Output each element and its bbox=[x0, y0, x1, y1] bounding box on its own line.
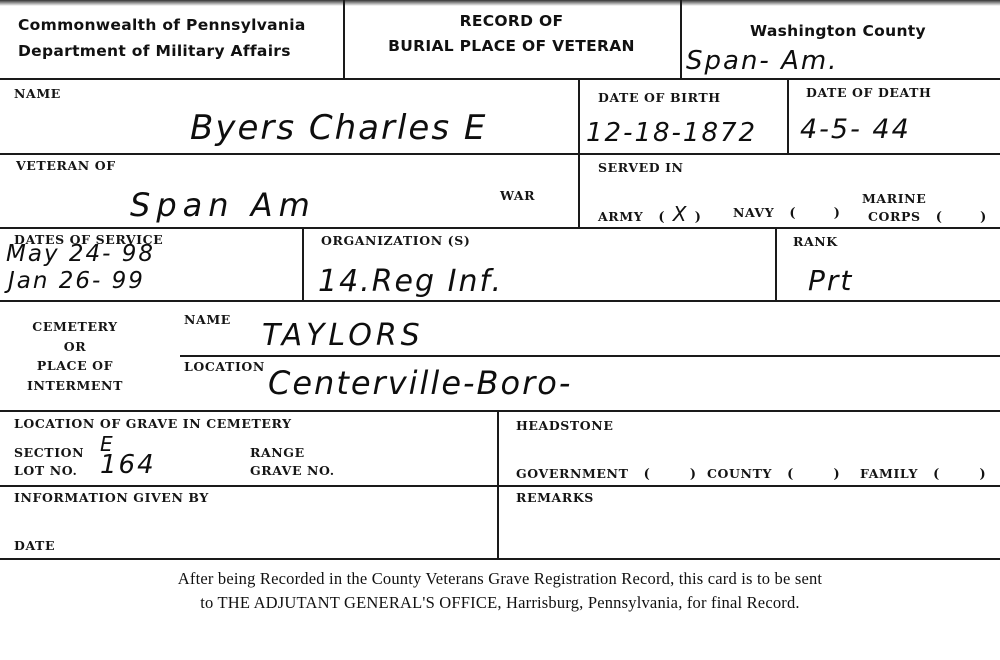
grave-number-label: GRAVE NO. bbox=[250, 463, 335, 478]
army-checkbox[interactable]: X bbox=[670, 202, 690, 226]
date-label: DATE bbox=[14, 538, 55, 553]
divider bbox=[302, 227, 304, 301]
marine-label-line-1: MARINE bbox=[862, 191, 926, 206]
organization-label: ORGANIZATION (S) bbox=[321, 233, 470, 248]
county-note[interactable]: Span- Am. bbox=[686, 46, 838, 76]
government-label: GOVERNMENT bbox=[516, 466, 628, 481]
form-title-line-1: RECORD OF bbox=[343, 12, 680, 30]
family-label: FAMILY bbox=[860, 466, 918, 481]
veteran-name-field[interactable]: Byers Charles E bbox=[190, 108, 487, 148]
cemetery-location-label: LOCATION bbox=[184, 359, 265, 374]
marine-corps-checkbox-group[interactable]: CORPS ( ) bbox=[868, 206, 986, 225]
war-label: WAR bbox=[500, 188, 535, 203]
information-given-by-label: INFORMATION GIVEN BY bbox=[14, 490, 209, 505]
navy-checkbox-group[interactable]: NAVY ( ) bbox=[733, 202, 840, 221]
divider bbox=[0, 227, 1000, 229]
army-checkbox-group[interactable]: ARMY ( X ) bbox=[598, 202, 701, 226]
footer-instruction-line-2: to THE ADJUTANT GENERAL'S OFFICE, Harris… bbox=[0, 593, 1000, 613]
marine-label-line-2: CORPS bbox=[868, 209, 921, 224]
date-field[interactable] bbox=[60, 534, 480, 554]
lot-number-label: LOT NO. bbox=[14, 463, 77, 478]
name-label: NAME bbox=[14, 86, 61, 101]
agency-line-1: Commonwealth of Pennsylvania bbox=[18, 16, 306, 34]
rank-label: RANK bbox=[793, 234, 838, 249]
divider bbox=[0, 78, 1000, 80]
lot-number-field[interactable]: 164 bbox=[100, 450, 156, 480]
divider bbox=[0, 300, 1000, 302]
county-label: COUNTY bbox=[707, 466, 772, 481]
divider bbox=[775, 227, 777, 301]
divider bbox=[180, 355, 1000, 357]
cemetery-name-field[interactable]: TAYLORS bbox=[262, 318, 424, 353]
divider bbox=[0, 485, 1000, 487]
divider bbox=[0, 410, 1000, 412]
served-in-label: SERVED IN bbox=[598, 160, 684, 175]
divider bbox=[680, 0, 682, 78]
cemetery-name-label: NAME bbox=[184, 312, 231, 327]
navy-label: NAVY bbox=[733, 205, 774, 220]
range-label: RANGE bbox=[250, 445, 305, 460]
county-checkbox-group[interactable]: COUNTY ( ) bbox=[707, 463, 840, 482]
divider bbox=[497, 410, 499, 558]
divider bbox=[0, 153, 1000, 155]
divider bbox=[0, 558, 1000, 560]
veteran-of-label: VETERAN OF bbox=[16, 158, 116, 173]
scan-top-edge bbox=[0, 0, 1000, 6]
cemetery-side-label-2: OR bbox=[0, 339, 150, 354]
service-start-field[interactable]: May 24- 98 bbox=[6, 241, 155, 267]
government-checkbox-group[interactable]: GOVERNMENT ( ) bbox=[516, 463, 696, 482]
form-title-line-2: BURIAL PLACE OF VETERAN bbox=[343, 37, 680, 55]
divider bbox=[787, 78, 789, 153]
date-of-death-label: DATE OF DEATH bbox=[806, 85, 931, 100]
date-of-birth-label: DATE OF BIRTH bbox=[598, 90, 721, 105]
county-name: Washington County bbox=[750, 22, 926, 40]
family-checkbox-group[interactable]: FAMILY ( ) bbox=[860, 463, 986, 482]
section-label: SECTION bbox=[14, 445, 84, 460]
remarks-label: REMARKS bbox=[516, 490, 594, 505]
cemetery-side-label-1: CEMETERY bbox=[0, 319, 150, 334]
date-of-birth-field[interactable]: 12-18-1872 bbox=[586, 118, 757, 148]
cemetery-side-label-4: INTERMENT bbox=[0, 378, 150, 393]
agency-line-2: Department of Military Affairs bbox=[18, 42, 291, 60]
war-field[interactable]: Span Am bbox=[130, 186, 316, 224]
cemetery-location-field[interactable]: Centerville-Boro- bbox=[268, 364, 572, 402]
grave-location-label: LOCATION OF GRAVE IN CEMETERY bbox=[14, 416, 292, 431]
footer-instruction-line-1: After being Recorded in the County Veter… bbox=[0, 569, 1000, 589]
organization-field[interactable]: 14.Reg Inf. bbox=[318, 264, 503, 299]
army-label: ARMY bbox=[598, 209, 643, 224]
cemetery-side-label-3: PLACE OF bbox=[0, 358, 150, 373]
information-given-by-field[interactable] bbox=[14, 508, 484, 532]
service-end-field[interactable]: Jan 26- 99 bbox=[8, 268, 145, 294]
headstone-label: HEADSTONE bbox=[516, 418, 613, 433]
remarks-field[interactable] bbox=[516, 508, 986, 554]
rank-field[interactable]: Prt bbox=[808, 264, 853, 297]
date-of-death-field[interactable]: 4-5- 44 bbox=[800, 114, 911, 145]
